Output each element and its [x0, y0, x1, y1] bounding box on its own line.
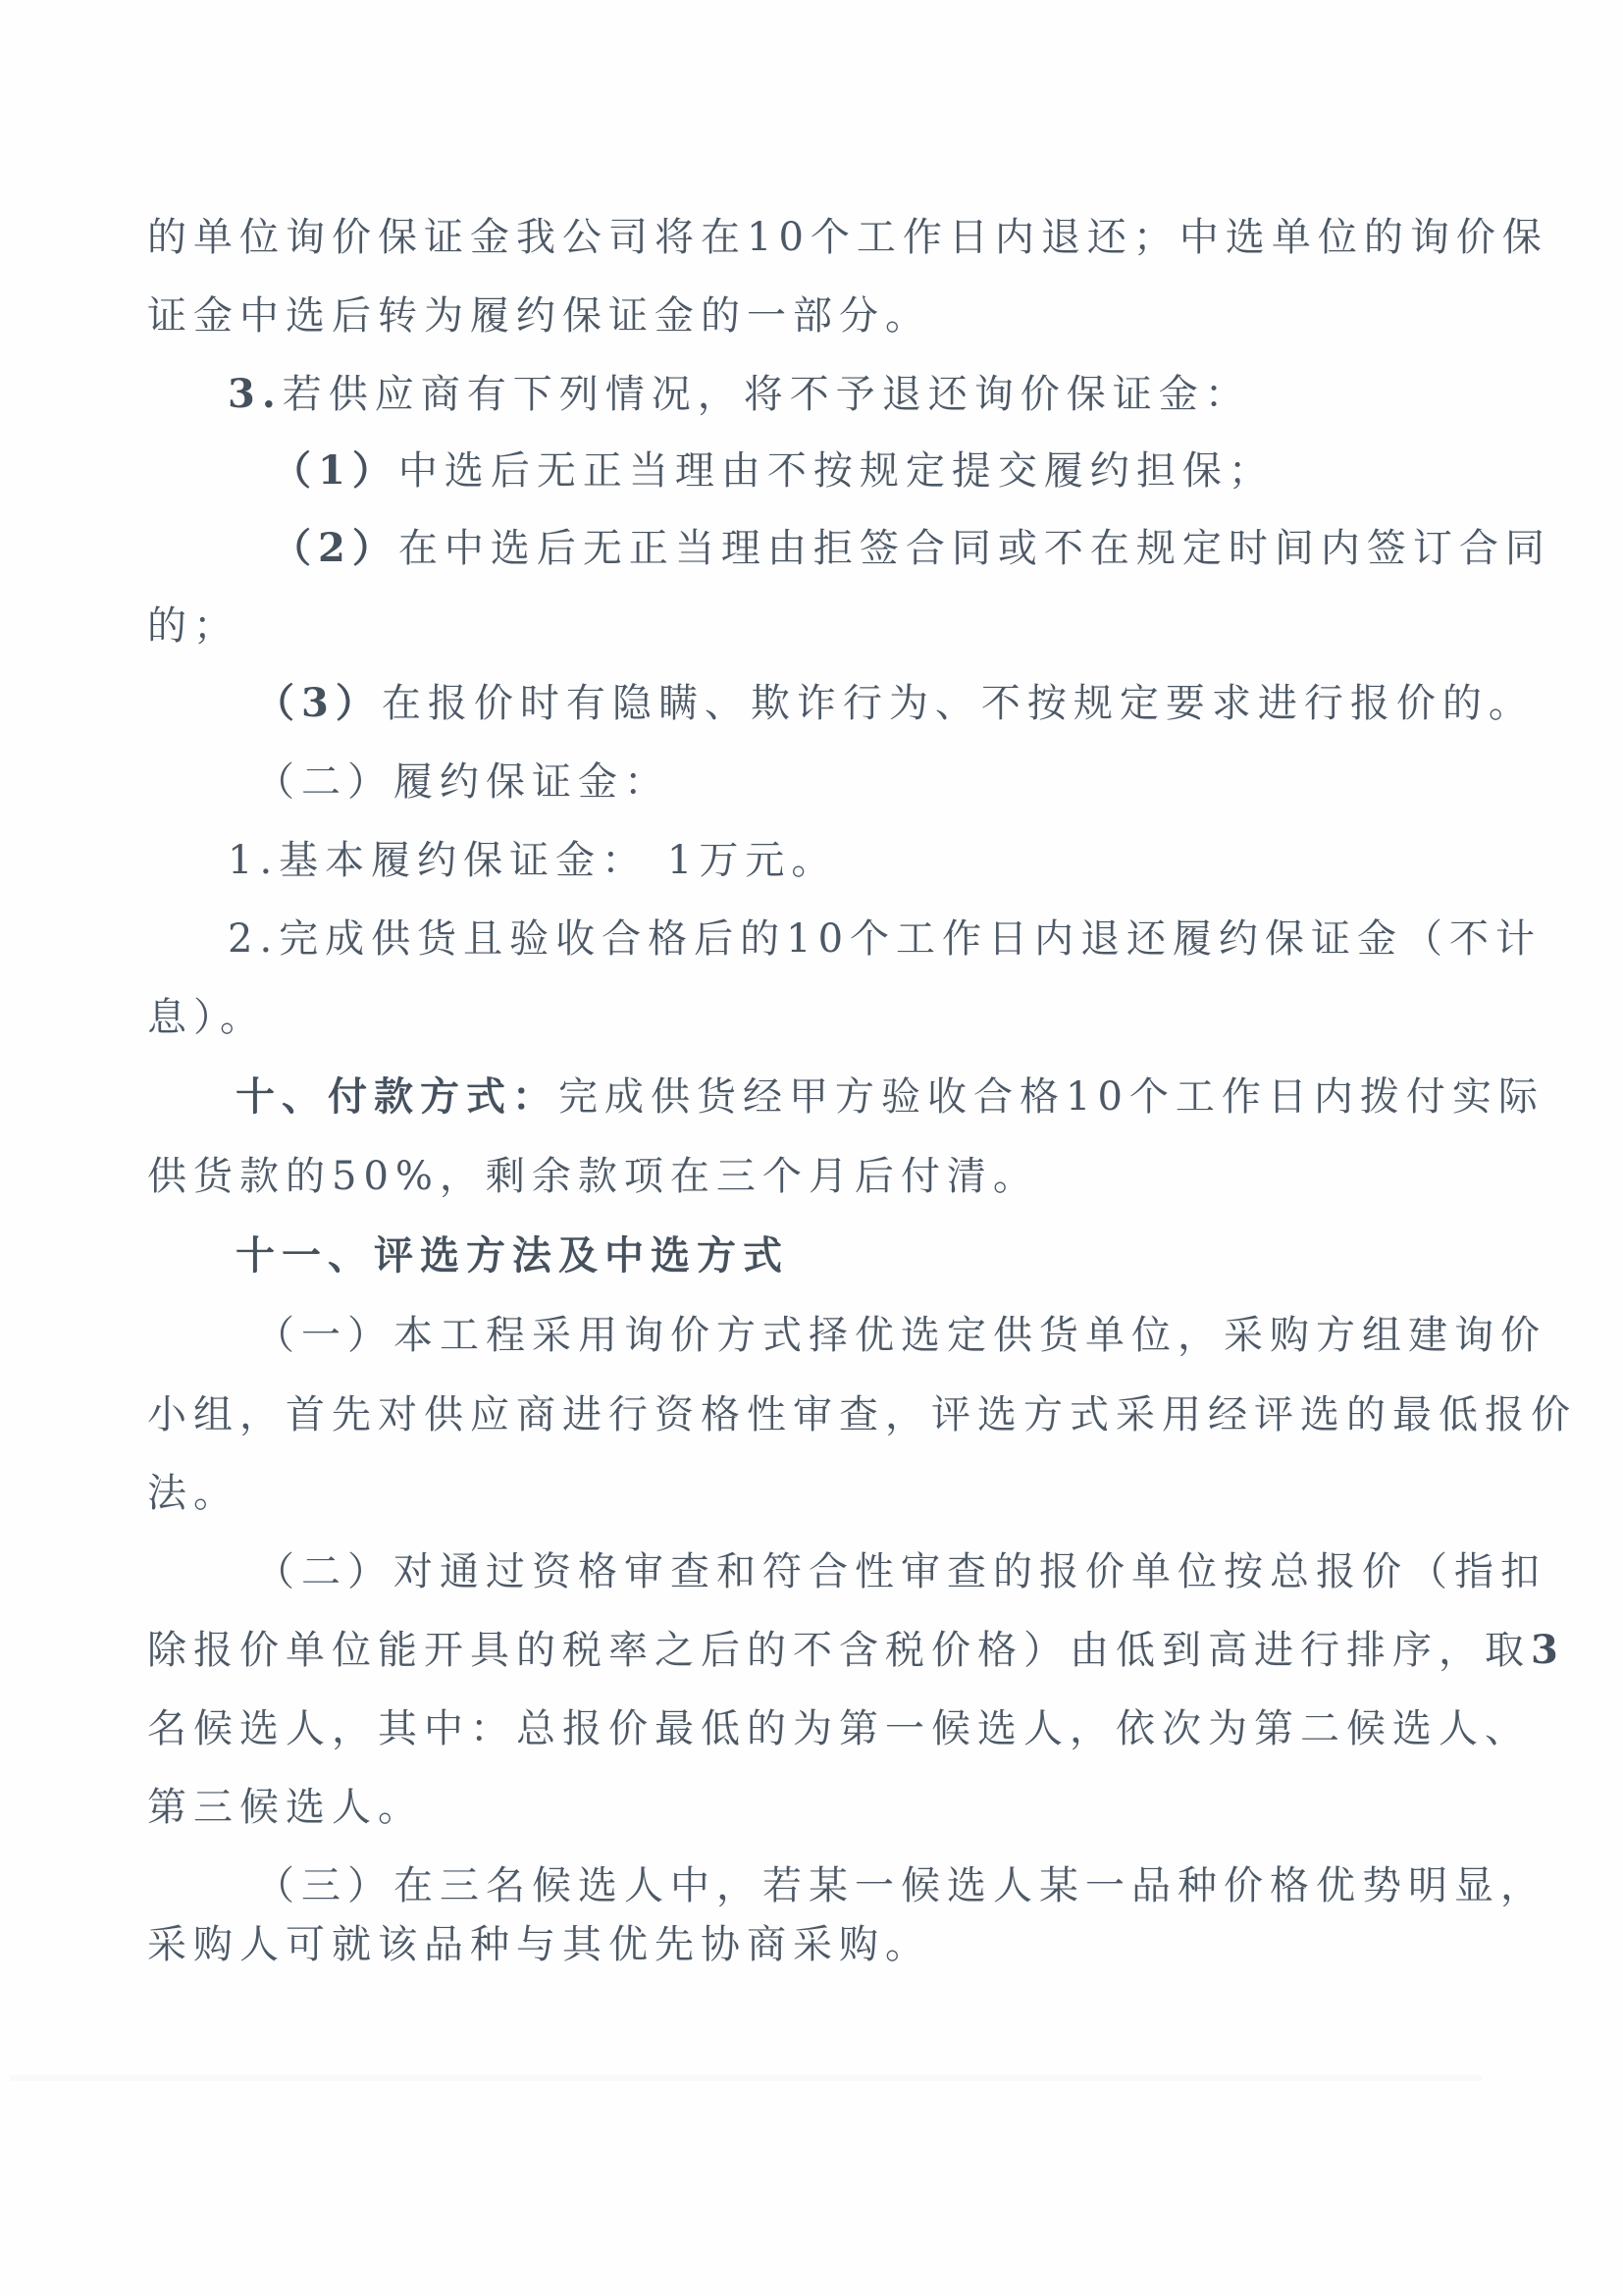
text-run: 在报价时有隐瞒、欺诈行为、不按规定要求进行报价的。	[382, 681, 1535, 726]
text-run: 中选后无正当理由不按规定提交履约担保；	[398, 448, 1275, 494]
text-run: 1.基本履约保证金： 1万元。	[228, 838, 837, 883]
text-run: （二）对通过资格审查和符合性审查的报价单位按总报价（指扣	[255, 1549, 1546, 1594]
text-run: （三）在三名候选人中，若某一候选人某一品种价格优势明显，	[255, 1863, 1546, 1908]
bold-text: （2）	[272, 525, 398, 571]
text-run: 的单位询价保证金我公司将在10个工作日内退还；中选单位的询价保	[147, 215, 1548, 260]
text-run: 第三候选人。	[147, 1785, 424, 1830]
text-line: 名候选人，其中：总报价最低的为第一候选人，依次为第二候选人、	[147, 1705, 1531, 1752]
text-line: 十一、评选方法及中选方式	[236, 1232, 789, 1279]
bold-text: （3）	[255, 680, 382, 726]
text-line: （2）在中选后无正当理由拒签合同或不在规定时间内签订合同	[272, 525, 1551, 572]
text-line: 3.若供应商有下列情况，将不予退还询价保证金：	[228, 371, 1251, 418]
text-line: 第三候选人。	[147, 1784, 424, 1831]
text-line: 除报价单位能开具的税率之后的不含税价格）由低到高进行排序，取3	[147, 1627, 1565, 1674]
text-line: 息）。	[147, 994, 266, 1041]
text-line: 2.完成供货且验收合格后的10个工作日内退还履约保证金（不计	[228, 915, 1542, 963]
text-line: 小组，首先对供应商进行资格性审查，评选方式采用经评选的最低报价	[147, 1391, 1577, 1438]
text-run: 息）。	[147, 995, 266, 1040]
bold-text: 十一、评选方法及中选方式	[236, 1232, 789, 1278]
text-line: 采购人可就该品种与其优先协商采购。	[147, 1921, 931, 1968]
text-run: 小组，首先对供应商进行资格性审查，评选方式采用经评选的最低报价	[147, 1392, 1577, 1437]
text-line: 的单位询价保证金我公司将在10个工作日内退还；中选单位的询价保	[147, 214, 1548, 261]
text-run: 2.完成供货且验收合格后的10个工作日内退还履约保证金（不计	[228, 916, 1542, 962]
text-run: 采购人可就该品种与其优先协商采购。	[147, 1922, 931, 1967]
text-line: （3）在报价时有隐瞒、欺诈行为、不按规定要求进行报价的。	[255, 680, 1535, 727]
text-run: 证金中选后转为履约保证金的一部分。	[147, 293, 931, 339]
text-run: 名候选人，其中：总报价最低的为第一候选人，依次为第二候选人、	[147, 1706, 1531, 1751]
bold-text: 十、付款方式：	[236, 1073, 558, 1120]
text-line: （二）履约保证金：	[255, 758, 670, 806]
text-line: （二）对通过资格审查和符合性审查的报价单位按总报价（指扣	[255, 1548, 1546, 1595]
text-run: 的；	[147, 603, 239, 649]
text-line: 十、付款方式：完成供货经甲方验收合格10个工作日内拨付实际	[236, 1073, 1544, 1121]
text-run: （二）履约保证金：	[255, 759, 670, 805]
text-run: 若供应商有下列情况，将不予退还询价保证金：	[283, 372, 1251, 417]
bold-text: 3.	[228, 371, 283, 417]
document-page: 的单位询价保证金我公司将在10个工作日内退还；中选单位的询价保证金中选后转为履约…	[0, 0, 1623, 2296]
text-line: （三）在三名候选人中，若某一候选人某一品种价格优势明显，	[255, 1862, 1546, 1909]
text-run: 法。	[147, 1471, 239, 1516]
text-run: 供货款的50%，剩余款项在三个月后付清。	[147, 1154, 1039, 1199]
text-run: 在中选后无正当理由拒签合同或不在规定时间内签订合同	[398, 526, 1551, 571]
scan-artifact	[10, 2075, 1482, 2081]
text-run: （一）本工程采用询价方式择优选定供货单位，采购方组建询价	[255, 1313, 1546, 1358]
text-line: 1.基本履约保证金： 1万元。	[228, 837, 837, 884]
text-line: 的；	[147, 602, 239, 650]
bold-text: （1）	[272, 447, 398, 494]
text-run: 除报价单位能开具的税率之后的不含税价格）由低到高进行排序，取	[147, 1628, 1531, 1673]
text-line: 证金中选后转为履约保证金的一部分。	[147, 292, 931, 339]
text-run: 完成供货经甲方验收合格10个工作日内拨付实际	[558, 1074, 1544, 1120]
bold-text: 3	[1531, 1627, 1565, 1673]
text-line: （一）本工程采用询价方式择优选定供货单位，采购方组建询价	[255, 1312, 1546, 1359]
text-line: （1）中选后无正当理由不按规定提交履约担保；	[272, 447, 1275, 495]
text-line: 供货款的50%，剩余款项在三个月后付清。	[147, 1153, 1039, 1200]
text-line: 法。	[147, 1470, 239, 1517]
